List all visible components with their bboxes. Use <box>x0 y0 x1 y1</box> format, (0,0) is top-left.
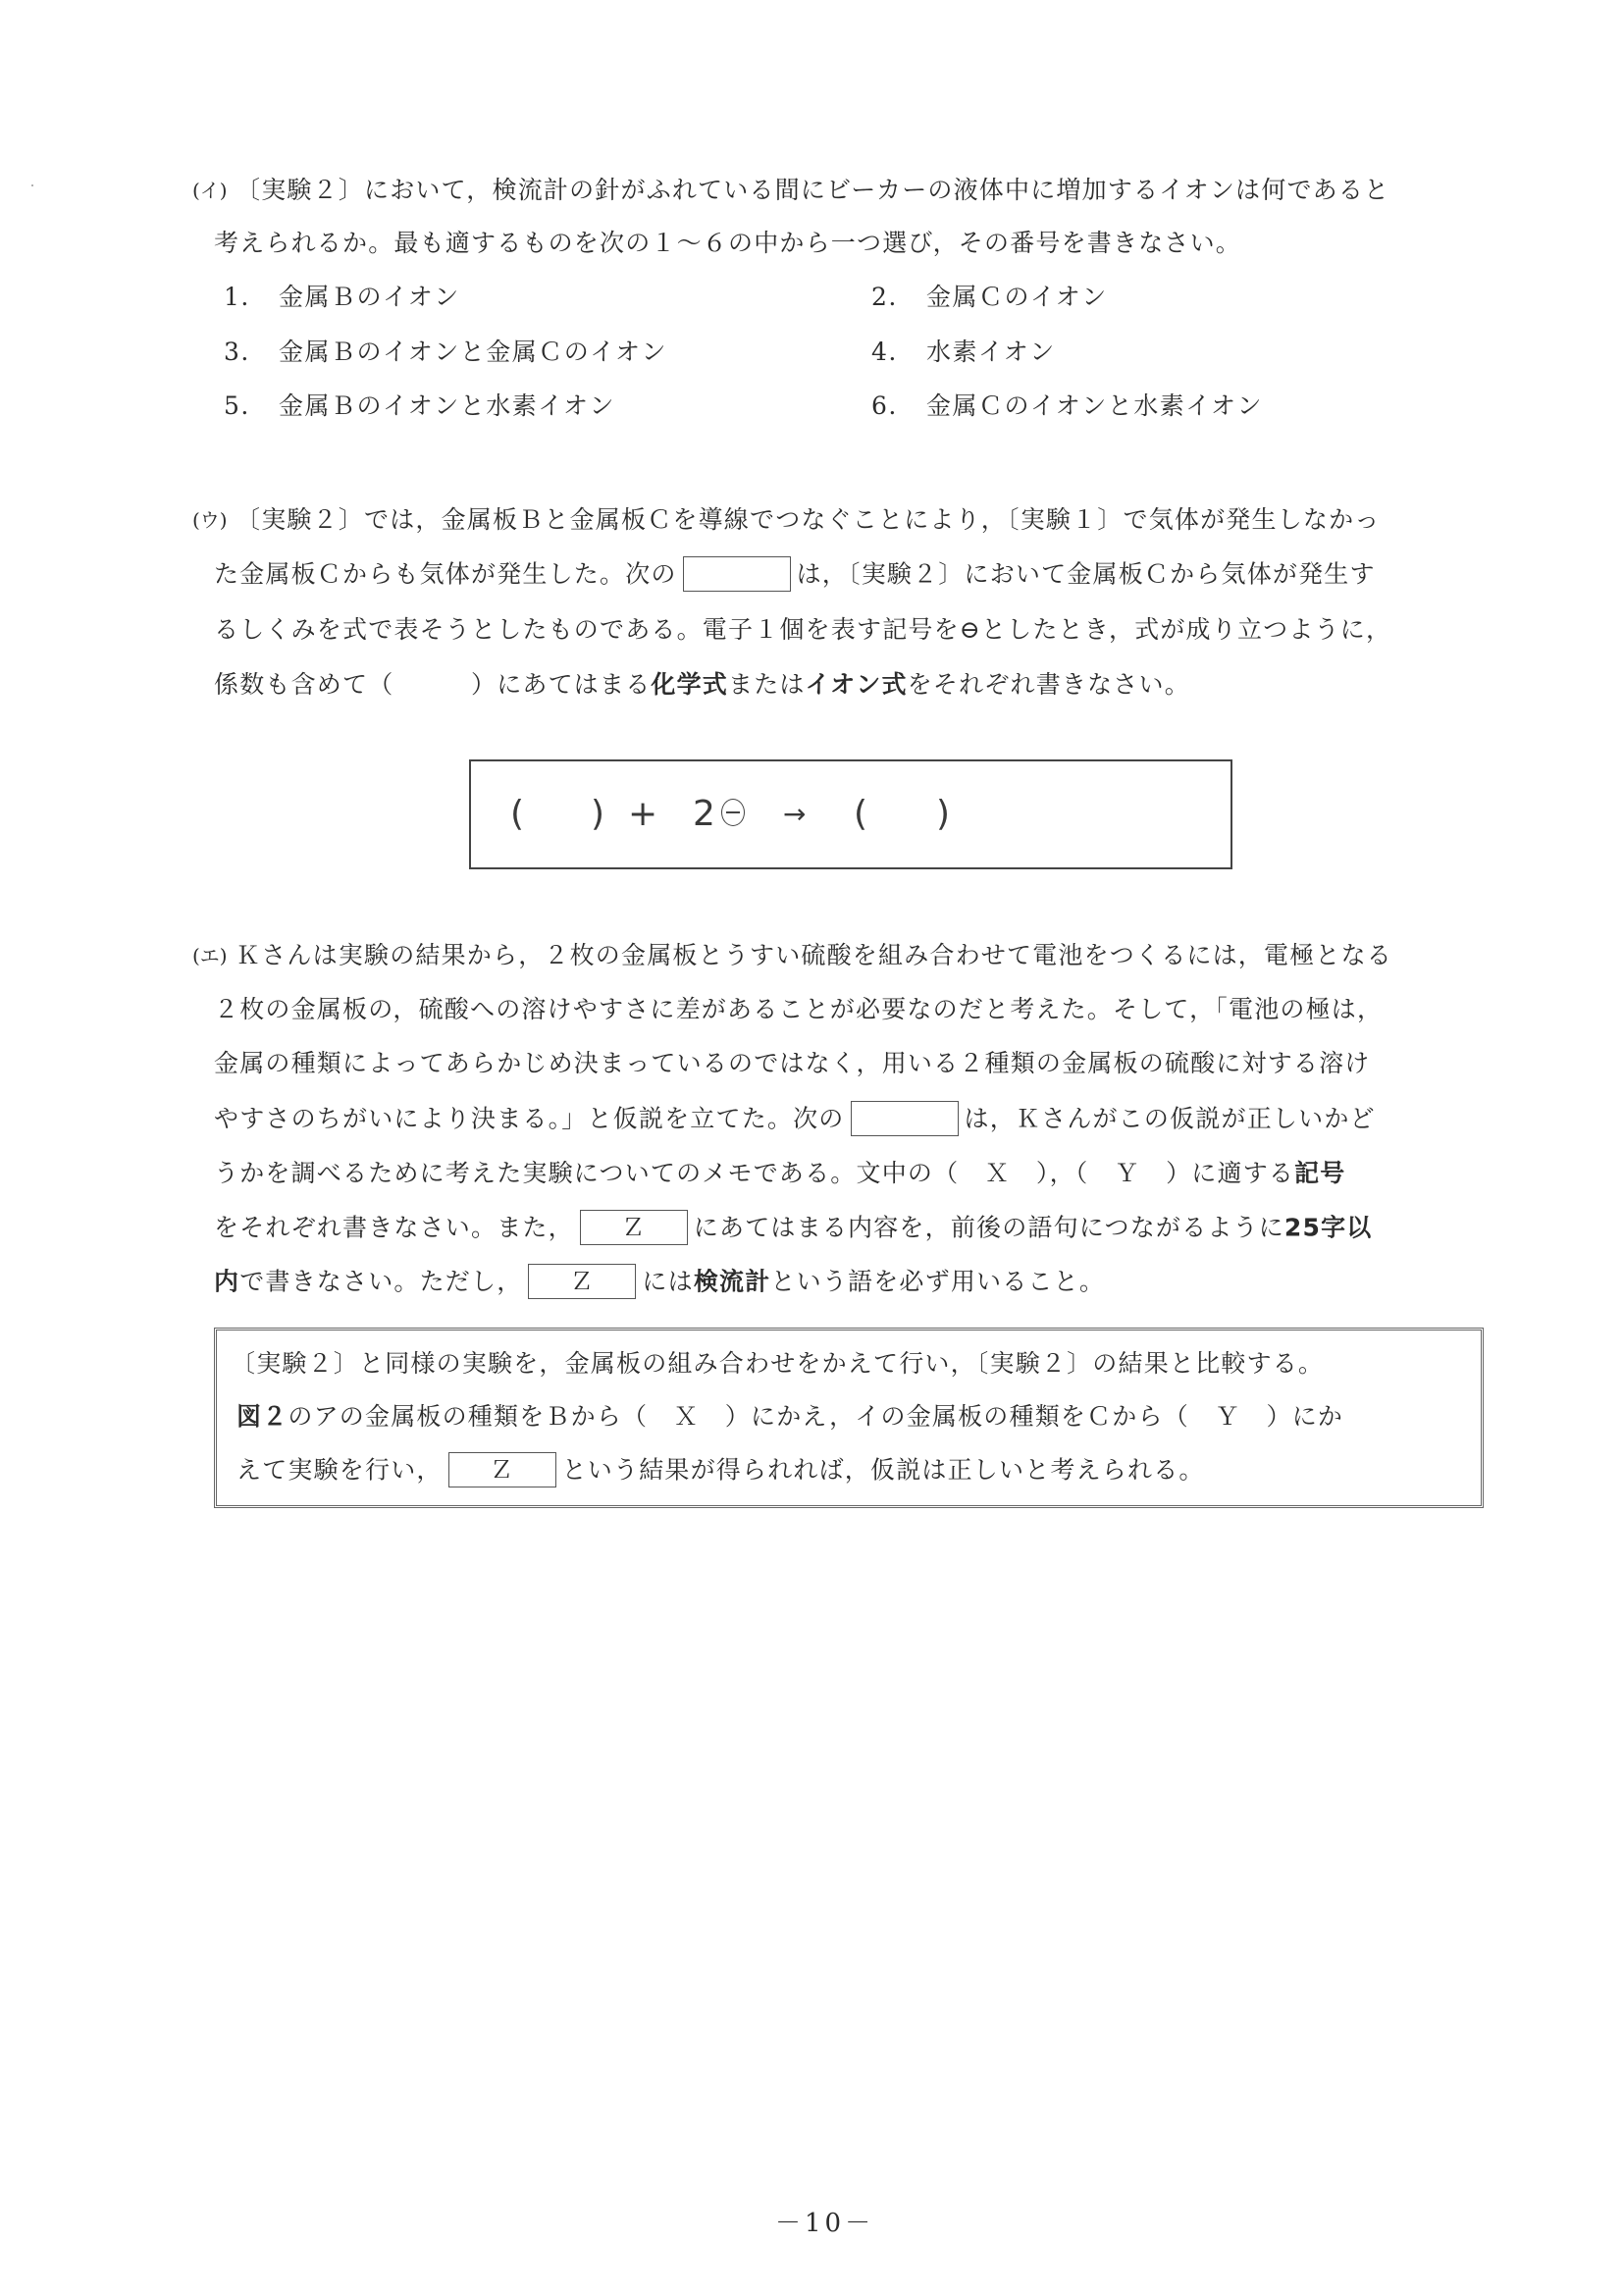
text-segment: のアの金属板の種類をＢから（ Ｘ ）にかえ，イの金属板の種類をＣから（ Ｙ ）に… <box>288 1402 1343 1431</box>
plus-sign: + <box>628 791 657 838</box>
text-segment: た金属板Ｃからも気体が発生した。次の <box>214 560 677 589</box>
page-number: －10－ <box>775 2203 874 2239</box>
blank-box-z: Ｚ <box>528 1264 636 1299</box>
question-u-line-2: た金属板Ｃからも気体が発生した。次のは，〔実験２〕において金属板Ｃから気体が発生… <box>214 558 1376 594</box>
text-segment: という語を必ず用いること。 <box>770 1268 1105 1296</box>
question-label-u: (ウ) <box>192 504 228 536</box>
bold-term-ion-formula: イオン式 <box>806 670 908 699</box>
electron-symbol-icon <box>721 799 745 826</box>
text-segment: で書きなさい。ただし， <box>239 1268 522 1296</box>
text-segment: は，〔実験２〕において金属板Ｃから気体が発生す <box>797 560 1376 589</box>
memo-line-3: えて実験を行い，Ｚという結果が得られれば，仮説は正しいと考えられる。 <box>236 1454 1205 1489</box>
blank-box-z: Ｚ <box>580 1210 688 1245</box>
coefficient: 2 <box>693 794 715 834</box>
question-i-line-1: 〔実験２〕において，検流計の針がふれている間にビーカーの液体中に増加するイオンは… <box>236 175 1389 206</box>
choice-number: 6. <box>871 391 926 422</box>
left-paren-open: ( <box>510 791 524 838</box>
text-segment: うかを調べるために考えた実験についてのメモである。文中の（ Ｘ ），（ Ｙ ）に… <box>214 1159 1294 1187</box>
right-paren-close: ) <box>936 791 950 838</box>
arrow-icon: → <box>783 791 806 838</box>
question-e-line-5: うかを調べるために考えた実験についてのメモである。文中の（ Ｘ ），（ Ｙ ）に… <box>214 1158 1346 1189</box>
choice-text: 水素イオン <box>926 338 1056 366</box>
text-segment: をそれぞれ書きなさい。 <box>908 670 1190 699</box>
bold-term-char-limit: 25字以 <box>1284 1214 1373 1242</box>
choice-1: 1.金属Ｂのイオン <box>224 282 460 313</box>
choice-text: 金属Ｂのイオンと水素イオン <box>279 391 615 420</box>
choice-2: 2.金属Ｃのイオン <box>871 282 1108 313</box>
question-u-line-3: るしくみを式で表そうとしたものである。電子１個を表す記号を⊖としたとき，式が成り… <box>214 614 1391 646</box>
choice-number: 5. <box>224 391 279 422</box>
scan-dot <box>31 184 33 186</box>
question-label-e: (エ) <box>192 940 228 971</box>
electron-term: 2 <box>693 791 745 838</box>
memo-line-1: 〔実験２〕と同様の実験を，金属板の組み合わせをかえて行い，〔実験２〕の結果と比較… <box>231 1348 1324 1380</box>
choice-6: 6.金属Ｃのイオンと水素イオン <box>871 391 1263 422</box>
question-e-line-4: やすさのちがいにより決まる。」と仮説を立てた。次のは，Ｋさんがこの仮説が正しいか… <box>214 1103 1376 1138</box>
choice-text: 金属Ｂのイオンと金属Ｃのイオン <box>279 338 667 366</box>
blank-box-memo-ref <box>851 1101 959 1136</box>
blank-box-equation-ref <box>683 556 791 592</box>
text-segment: には <box>642 1268 693 1296</box>
right-paren-open: ( <box>854 791 867 838</box>
question-u-line-1: 〔実験２〕では，金属板Ｂと金属板Ｃを導線でつなぐことにより，〔実験１〕で気体が発… <box>236 504 1381 536</box>
question-e-line-3: 金属の種類によってあらかじめ決まっているのではなく，用いる２種類の金属板の硫酸に… <box>214 1048 1371 1079</box>
question-e-line-6: をそれぞれ書きなさい。また，Ｚにあてはまる内容を，前後の語句につながるように25… <box>214 1212 1373 1247</box>
choice-text: 金属Ｃのイオンと水素イオン <box>926 391 1263 420</box>
text-segment: やすさのちがいにより決まる。」と仮説を立てた。次の <box>214 1105 845 1133</box>
bold-term-chemical-formula: 化学式 <box>651 670 728 699</box>
blank-box-z: Ｚ <box>448 1452 556 1487</box>
choice-number: 1. <box>224 282 279 313</box>
text-segment: えて実験を行い， <box>236 1456 443 1485</box>
question-e-line-7: 内で書きなさい。ただし，Ｚには検流計という語を必ず用いること。 <box>214 1266 1105 1301</box>
left-paren-close: ) <box>591 791 604 838</box>
memo-line-2: 図２のアの金属板の種類をＢから（ Ｘ ）にかえ，イの金属板の種類をＣから（ Ｙ … <box>236 1401 1343 1433</box>
text-segment: または <box>728 670 806 699</box>
text-segment: にあてはまる内容を，前後の語句につながるように <box>694 1214 1284 1242</box>
choice-3: 3.金属Ｂのイオンと金属Ｃのイオン <box>224 337 667 368</box>
bold-term-symbol: 記号 <box>1294 1159 1345 1187</box>
text-segment: 係数も含めて（ ）にあてはまる <box>214 670 651 699</box>
bold-term-char-limit-end: 内 <box>214 1268 239 1296</box>
question-label-i: (イ) <box>192 175 228 206</box>
choice-number: 4. <box>871 337 926 368</box>
choice-5: 5.金属Ｂのイオンと水素イオン <box>224 391 615 422</box>
bold-term-figure-2: 図２ <box>236 1402 288 1431</box>
text-segment: という結果が得られれば，仮説は正しいと考えられる。 <box>562 1456 1205 1485</box>
choice-text: 金属Ｃのイオン <box>926 283 1108 311</box>
memo-box: 〔実験２〕と同様の実験を，金属板の組み合わせをかえて行い，〔実験２〕の結果と比較… <box>214 1328 1484 1508</box>
text-segment: をそれぞれ書きなさい。また， <box>214 1214 574 1242</box>
bold-term-galvanometer: 検流計 <box>694 1268 771 1296</box>
choice-4: 4.水素イオン <box>871 337 1056 368</box>
question-e-line-2: ２枚の金属板の，硫酸への溶けやすさに差があることが必要なのだと考えた。そして，「… <box>214 994 1383 1025</box>
text-segment: は，Ｋさんがこの仮説が正しいかど <box>965 1105 1376 1133</box>
question-i-line-2: 考えられるか。最も適するものを次の１～６の中から一つ選び，その番号を書きなさい。 <box>214 228 1241 259</box>
choice-number: 2. <box>871 282 926 313</box>
question-u-line-4: 係数も含めて（ ）にあてはまる化学式またはイオン式をそれぞれ書きなさい。 <box>214 669 1190 701</box>
choice-text: 金属Ｂのイオン <box>279 283 460 311</box>
question-e-line-1: Ｋさんは実験の結果から，２枚の金属板とうすい硫酸を組み合わせて電池をつくるには，… <box>236 940 1392 971</box>
equation-box: ( ) + 2 → ( ) <box>469 759 1232 869</box>
choice-number: 3. <box>224 337 279 368</box>
